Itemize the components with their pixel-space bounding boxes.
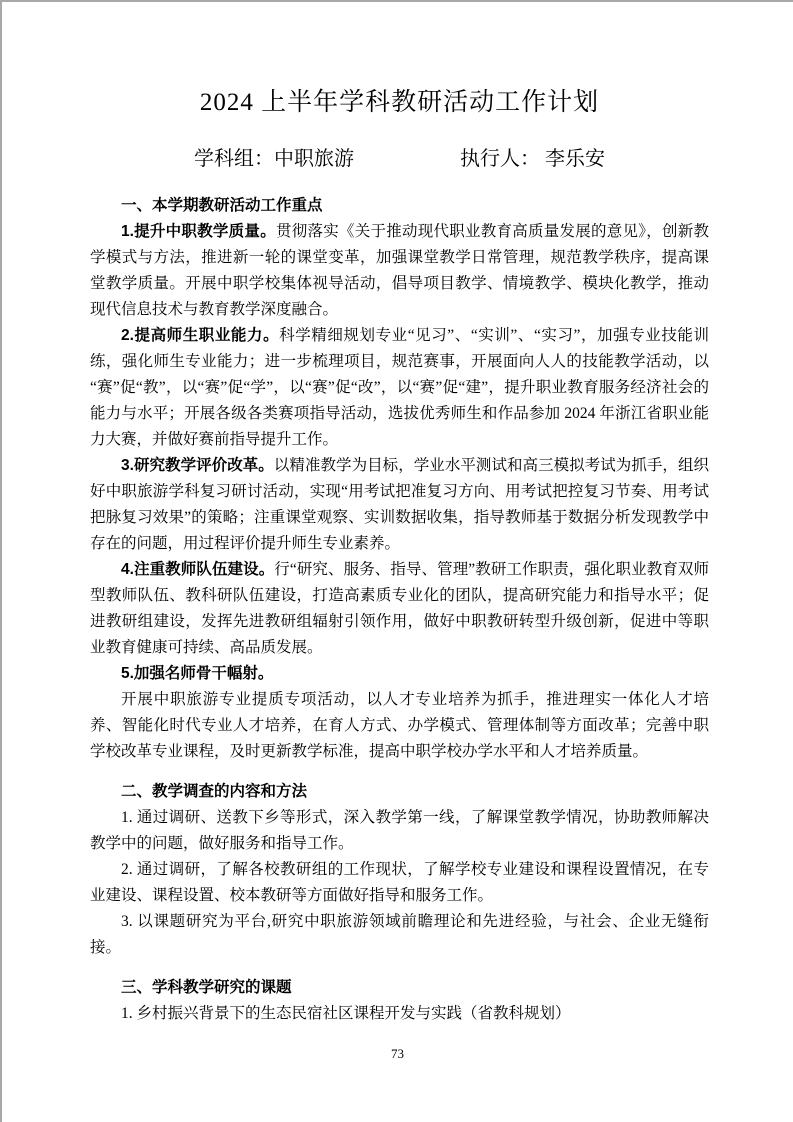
page-number: 73 — [391, 1046, 404, 1061]
paragraph-lead: 5.加强名师骨干幅射。 — [121, 665, 273, 682]
paragraph-lead: 4.注重教师队伍建设。 — [121, 561, 274, 578]
paragraph: 4.注重教师队伍建设。行“研究、服务、指导、管理”教研工作职责，强化职业教育双师… — [90, 557, 709, 661]
paragraph: 1.提升中职教学质量。贯彻落实《关于推动现代职业教育高质量发展的意见》，创新教学… — [90, 219, 709, 323]
paragraph-text: 开展中职旅游专业提质专项活动，以人才专业培养为抓手，推进理实一体化人才培养、智能… — [90, 691, 709, 760]
paragraph: 5.加强名师骨干幅射。 — [90, 661, 709, 687]
meta-subject-group: 学科组：中职旅游 — [194, 142, 354, 171]
paragraph: 3.研究教学评价改革。以精准教学为目标，学业水平测试和高三模拟考试为抓手，组织好… — [90, 453, 709, 557]
paragraph: 开展中职旅游专业提质专项活动，以人才专业培养为抓手，推进理实一体化人才培养、智能… — [90, 687, 709, 765]
paragraph-lead: 2.提高师生职业能力。 — [121, 327, 279, 344]
paragraph-text: 1. 通过调研、送教下乡等形式，深入教学第一线，了解课堂教学情况，协助教师解决教… — [90, 809, 709, 852]
page-footer: 73 — [2, 1046, 793, 1062]
paragraph: 1. 乡村振兴背景下的生态民宿社区课程开发与实践（省教科规划） — [90, 1001, 709, 1027]
paragraph-lead: 3.研究教学评价改革。 — [121, 457, 274, 474]
paragraph-lead: 1.提升中职教学质量。 — [121, 223, 276, 240]
document-content: 2024 上半年学科教研活动工作计划 学科组：中职旅游 执行人： 李乐安 一、本… — [2, 2, 793, 1027]
document-meta: 学科组：中职旅游 执行人： 李乐安 — [90, 142, 709, 171]
paragraph-text: 2. 通过调研，了解各校教研组的工作现状，了解学校专业建设和课程设置情况，在专业… — [90, 861, 709, 904]
meta-executor: 执行人： 李乐安 — [460, 142, 605, 171]
document-page: 2024 上半年学科教研活动工作计划 学科组：中职旅游 执行人： 李乐安 一、本… — [0, 0, 793, 1122]
paragraph-text: 3. 以课题研究为平台,研究中职旅游领域前瞻理论和先进经验，与社会、企业无缝衔接… — [90, 913, 709, 956]
paragraph: 1. 通过调研、送教下乡等形式，深入教学第一线，了解课堂教学情况，协助教师解决教… — [90, 805, 709, 857]
paragraph: 2.提高师生职业能力。科学精细规划专业“见习”、“实训”、“实习”，加强专业技能… — [90, 323, 709, 453]
paragraph: 3. 以课题研究为平台,研究中职旅游领域前瞻理论和先进经验，与社会、企业无缝衔接… — [90, 909, 709, 961]
section-heading-3: 三、学科教学研究的课题 — [90, 975, 709, 1001]
paragraph-text: 科学精细规划专业“见习”、“实训”、“实习”，加强专业技能训练，强化师生专业能力… — [90, 327, 709, 448]
document-title: 2024 上半年学科教研活动工作计划 — [90, 82, 709, 118]
paragraph-text: 1. 乡村振兴背景下的生态民宿社区课程开发与实践（省教科规划） — [121, 1005, 571, 1022]
section-heading-1: 一、本学期教研活动工作重点 — [90, 193, 709, 219]
section-heading-2: 二、教学调查的内容和方法 — [90, 779, 709, 805]
paragraph: 2. 通过调研，了解各校教研组的工作现状，了解学校专业建设和课程设置情况，在专业… — [90, 857, 709, 909]
